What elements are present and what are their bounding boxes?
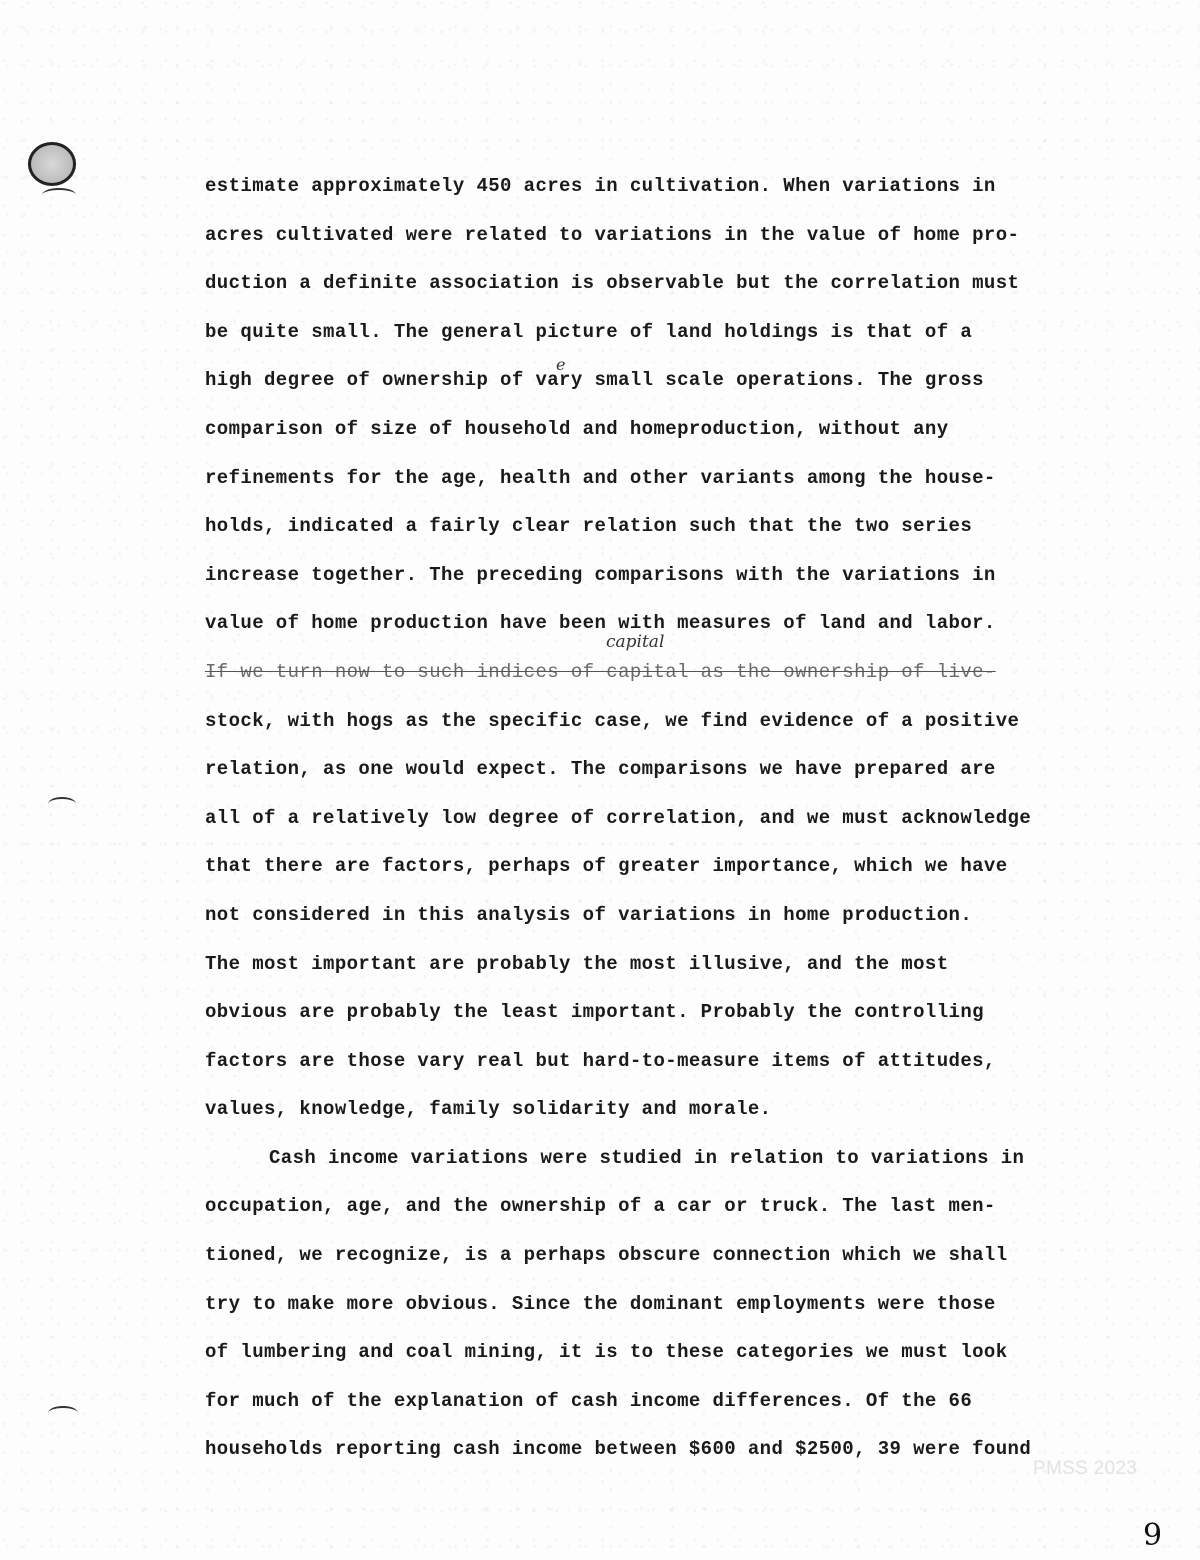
typewritten-body: estimate approximately 450 acres in cult… (205, 162, 1065, 1474)
text-line: stock, with hogs as the specific case, w… (205, 697, 1065, 746)
binder-mark-icon (48, 1406, 78, 1420)
text-line: high degree of ownership of vary small s… (205, 356, 1065, 405)
text-line: values, knowledge, family solidarity and… (205, 1085, 1065, 1134)
text-line: for much of the explanation of cash inco… (205, 1377, 1065, 1426)
handwritten-annotation: capital (606, 632, 664, 652)
binder-mark-icon (48, 797, 76, 811)
page-number: 9 (1143, 1518, 1162, 1553)
text-line: tioned, we recognize, is a perhaps obscu… (205, 1231, 1065, 1280)
text-line: obvious are probably the least important… (205, 988, 1065, 1037)
watermark: PMSS 2023 (1033, 1458, 1137, 1480)
struck-through-line: If we turn now to such indices of capita… (205, 648, 1065, 697)
handwritten-correction: e (556, 355, 565, 374)
text-line: all of a relatively low degree of correl… (205, 794, 1065, 843)
text-line: try to make more obvious. Since the domi… (205, 1280, 1065, 1329)
text-line: comparison of size of household and home… (205, 405, 1065, 454)
text-line: of lumbering and coal mining, it is to t… (205, 1328, 1065, 1377)
text-line: be quite small. The general picture of l… (205, 308, 1065, 357)
text-line: that there are factors, perhaps of great… (205, 842, 1065, 891)
text-line: estimate approximately 450 acres in cult… (205, 162, 1065, 211)
text-line: relation, as one would expect. The compa… (205, 745, 1065, 794)
text-line: not considered in this analysis of varia… (205, 891, 1065, 940)
text-line: duction a definite association is observ… (205, 259, 1065, 308)
binder-mark-icon (42, 188, 76, 202)
text-line: holds, indicated a fairly clear relation… (205, 502, 1065, 551)
text-line: occupation, age, and the ownership of a … (205, 1182, 1065, 1231)
text-line: The most important are probably the most… (205, 940, 1065, 989)
text-line: acres cultivated were related to variati… (205, 211, 1065, 260)
text-line: factors are those vary real but hard-to-… (205, 1037, 1065, 1086)
punch-hole-icon (28, 142, 76, 186)
text-line: households reporting cash income between… (205, 1425, 1065, 1474)
text-line: refinements for the age, health and othe… (205, 454, 1065, 503)
paragraph-start-line: Cash income variations were studied in r… (205, 1134, 1065, 1183)
text-line: increase together. The preceding compari… (205, 551, 1065, 600)
